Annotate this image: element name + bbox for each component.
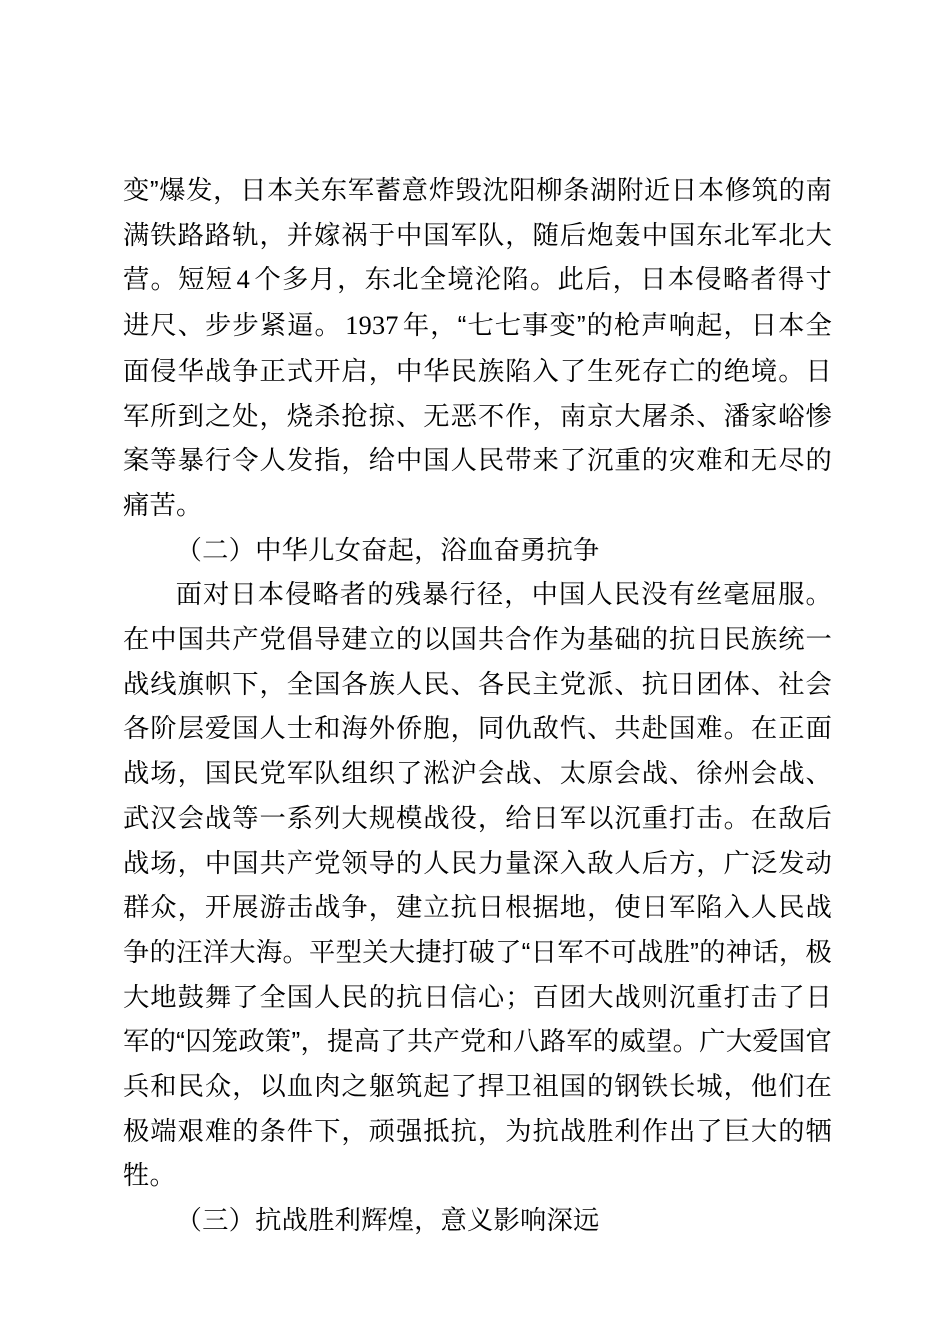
section-heading-2: （二）中华儿女奋起，浴血奋勇抗争 bbox=[123, 528, 832, 573]
paragraph-body: 面对日本侵略者的残暴行径，中国人民没有丝毫屈服。在中国共产党倡导建立的以国共合作… bbox=[123, 572, 832, 1198]
document-text-block: 变”爆发，日本关东军蓄意炸毁沈阳柳条湖附近日本修筑的南满铁路路轨，并嫁祸于中国军… bbox=[123, 168, 832, 1243]
document-page: 变”爆发，日本关东军蓄意炸毁沈阳柳条湖附近日本修筑的南满铁路路轨，并嫁祸于中国军… bbox=[0, 0, 950, 1344]
section-heading-3: （三）抗战胜利辉煌，意义影响深远 bbox=[123, 1198, 832, 1243]
paragraph-continuation: 变”爆发，日本关东军蓄意炸毁沈阳柳条湖附近日本修筑的南满铁路路轨，并嫁祸于中国军… bbox=[123, 168, 832, 528]
